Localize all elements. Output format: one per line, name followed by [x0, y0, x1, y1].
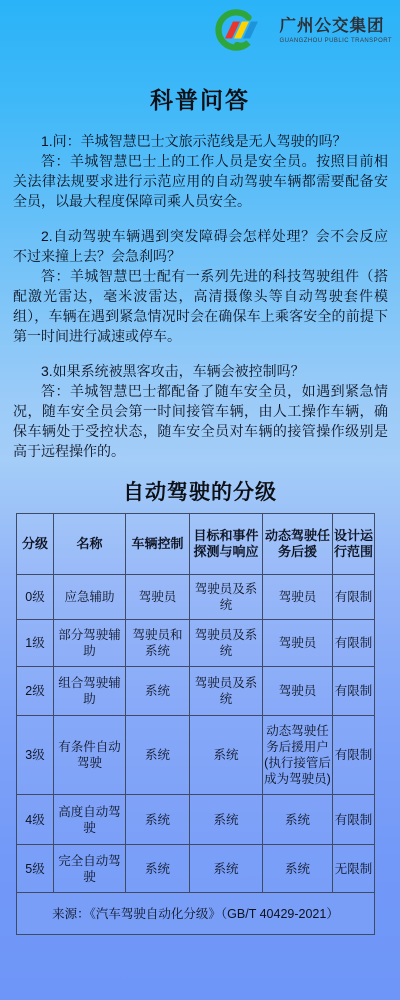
table-cell: 2级	[17, 667, 54, 716]
table-cell: 系统	[263, 795, 333, 845]
table-cell: 1级	[17, 620, 54, 667]
table-row-level-2: 2级 组合驾驶辅助 系统 驾驶员及系统 驾驶员 有限制	[17, 667, 375, 716]
table-cell: 有限制	[333, 795, 375, 845]
table-cell: 无限制	[333, 845, 375, 893]
table-cell: 驾驶员	[263, 575, 333, 620]
table-cell: 动态驾驶任务后援用户(执行接管后成为驾驶员)	[263, 716, 333, 795]
qa-item-2: 2.自动驾驶车辆遇到突发障碍会怎样处理？会不会反应不过来撞上去？会急刹吗？ 答：…	[13, 226, 388, 346]
table-cell: 有限制	[333, 716, 375, 795]
table-row-level-5: 5级 完全自动驾驶 系统 系统 系统 无限制	[17, 845, 375, 893]
table-cell: 驾驶员及系统	[190, 620, 263, 667]
table-cell: 系统	[126, 716, 190, 795]
header-cell-name: 名称	[54, 514, 126, 575]
driving-levels-table: 分级 名称 车辆控制 目标和事件探测与响应 动态驾驶任务后援 设计运行范围 0级…	[16, 513, 375, 935]
table-cell: 有限制	[333, 620, 375, 667]
table-cell: 部分驾驶辅助	[54, 620, 126, 667]
table-row-level-1: 1级 部分驾驶辅助 驾驶员和系统 驾驶员及系统 驾驶员 有限制	[17, 620, 375, 667]
qa-section-title: 科普问答	[0, 82, 400, 115]
table-cell: 驾驶员	[263, 620, 333, 667]
table-cell: 应急辅助	[54, 575, 126, 620]
header-cell-fallback: 动态驾驶任务后援	[263, 514, 333, 575]
table-cell: 驾驶员及系统	[190, 667, 263, 716]
table-cell: 系统	[190, 845, 263, 893]
table-cell: 组合驾驶辅助	[54, 667, 126, 716]
table-cell: 0级	[17, 575, 54, 620]
qa-question: 1.问：羊城智慧巴士文旅示范线是无人驾驶的吗？	[13, 131, 388, 151]
table-cell: 系统	[190, 716, 263, 795]
qa-answer: 答：羊城智慧巴士都配备了随车安全员，如遇到紧急情况，随车安全员会第一时间接管车辆…	[13, 381, 388, 461]
header-cell-odd: 设计运行范围	[333, 514, 375, 575]
transport-group-logo-icon	[210, 8, 266, 52]
table-cell: 驾驶员	[126, 575, 190, 620]
table-cell: 4级	[17, 795, 54, 845]
table-cell: 完全自动驾驶	[54, 845, 126, 893]
header-cell-vehicle-control: 车辆控制	[126, 514, 190, 575]
table-header-row: 分级 名称 车辆控制 目标和事件探测与响应 动态驾驶任务后援 设计运行范围	[17, 514, 375, 575]
table-cell: 有限制	[333, 667, 375, 716]
qa-section: 1.问：羊城智慧巴士文旅示范线是无人驾驶的吗？ 答：羊城智慧巴士上的工作人员是安…	[13, 131, 388, 461]
qa-question: 2.自动驾驶车辆遇到突发障碍会怎样处理？会不会反应不过来撞上去？会急刹吗？	[13, 226, 388, 266]
table-cell: 高度自动驾驶	[54, 795, 126, 845]
qa-answer: 答：羊城智慧巴士配有一系列先进的科技驾驶组件（搭配激光雷达，毫米波雷达，高清摄像…	[13, 266, 388, 346]
table-source-row: 来源：《汽车驾驶自动化分级》（GB/T 40429-2021）	[17, 893, 375, 935]
table-cell: 系统	[126, 845, 190, 893]
table-cell: 5级	[17, 845, 54, 893]
header-cell-detection-response: 目标和事件探测与响应	[190, 514, 263, 575]
table-cell: 驾驶员	[263, 667, 333, 716]
header: 广州公交集团 GUANGZHOU PUBLIC TRANSPORT	[0, 0, 400, 48]
table-cell: 系统	[126, 795, 190, 845]
table-cell: 3级	[17, 716, 54, 795]
poster-page: 广州公交集团 GUANGZHOU PUBLIC TRANSPORT 科普问答 1…	[0, 0, 400, 1000]
table-cell: 有限制	[333, 575, 375, 620]
levels-section-title: 自动驾驶的分级	[0, 476, 400, 506]
brand-name-cn: 广州公交集团	[280, 16, 393, 36]
table-row-level-4: 4级 高度自动驾驶 系统 系统 系统 有限制	[17, 795, 375, 845]
qa-answer: 答：羊城智慧巴士上的工作人员是安全员。按照目前相关法律法规要求进行示范应用的自动…	[13, 151, 388, 211]
qa-item-3: 3.如果系统被黑客攻击，车辆会被控制吗？ 答：羊城智慧巴士都配备了随车安全员，如…	[13, 361, 388, 461]
table-cell: 系统	[190, 795, 263, 845]
brand-logo: 广州公交集团 GUANGZHOU PUBLIC TRANSPORT	[210, 8, 393, 52]
table-cell: 系统	[263, 845, 333, 893]
table-row-level-0: 0级 应急辅助 驾驶员 驾驶员及系统 驾驶员 有限制	[17, 575, 375, 620]
qa-question: 3.如果系统被黑客攻击，车辆会被控制吗？	[13, 361, 388, 381]
table-cell: 驾驶员和系统	[126, 620, 190, 667]
table-cell: 有条件自动驾驶	[54, 716, 126, 795]
source-note: 来源：《汽车驾驶自动化分级》（GB/T 40429-2021）	[17, 893, 375, 935]
qa-item-1: 1.问：羊城智慧巴士文旅示范线是无人驾驶的吗？ 答：羊城智慧巴士上的工作人员是安…	[13, 131, 388, 211]
table-row-level-3: 3级 有条件自动驾驶 系统 系统 动态驾驶任务后援用户(执行接管后成为驾驶员) …	[17, 716, 375, 795]
brand-text-block: 广州公交集团 GUANGZHOU PUBLIC TRANSPORT	[280, 16, 393, 44]
table-cell: 驾驶员及系统	[190, 575, 263, 620]
brand-name-en: GUANGZHOU PUBLIC TRANSPORT	[280, 38, 393, 44]
table-cell: 系统	[126, 667, 190, 716]
header-cell-level: 分级	[17, 514, 54, 575]
